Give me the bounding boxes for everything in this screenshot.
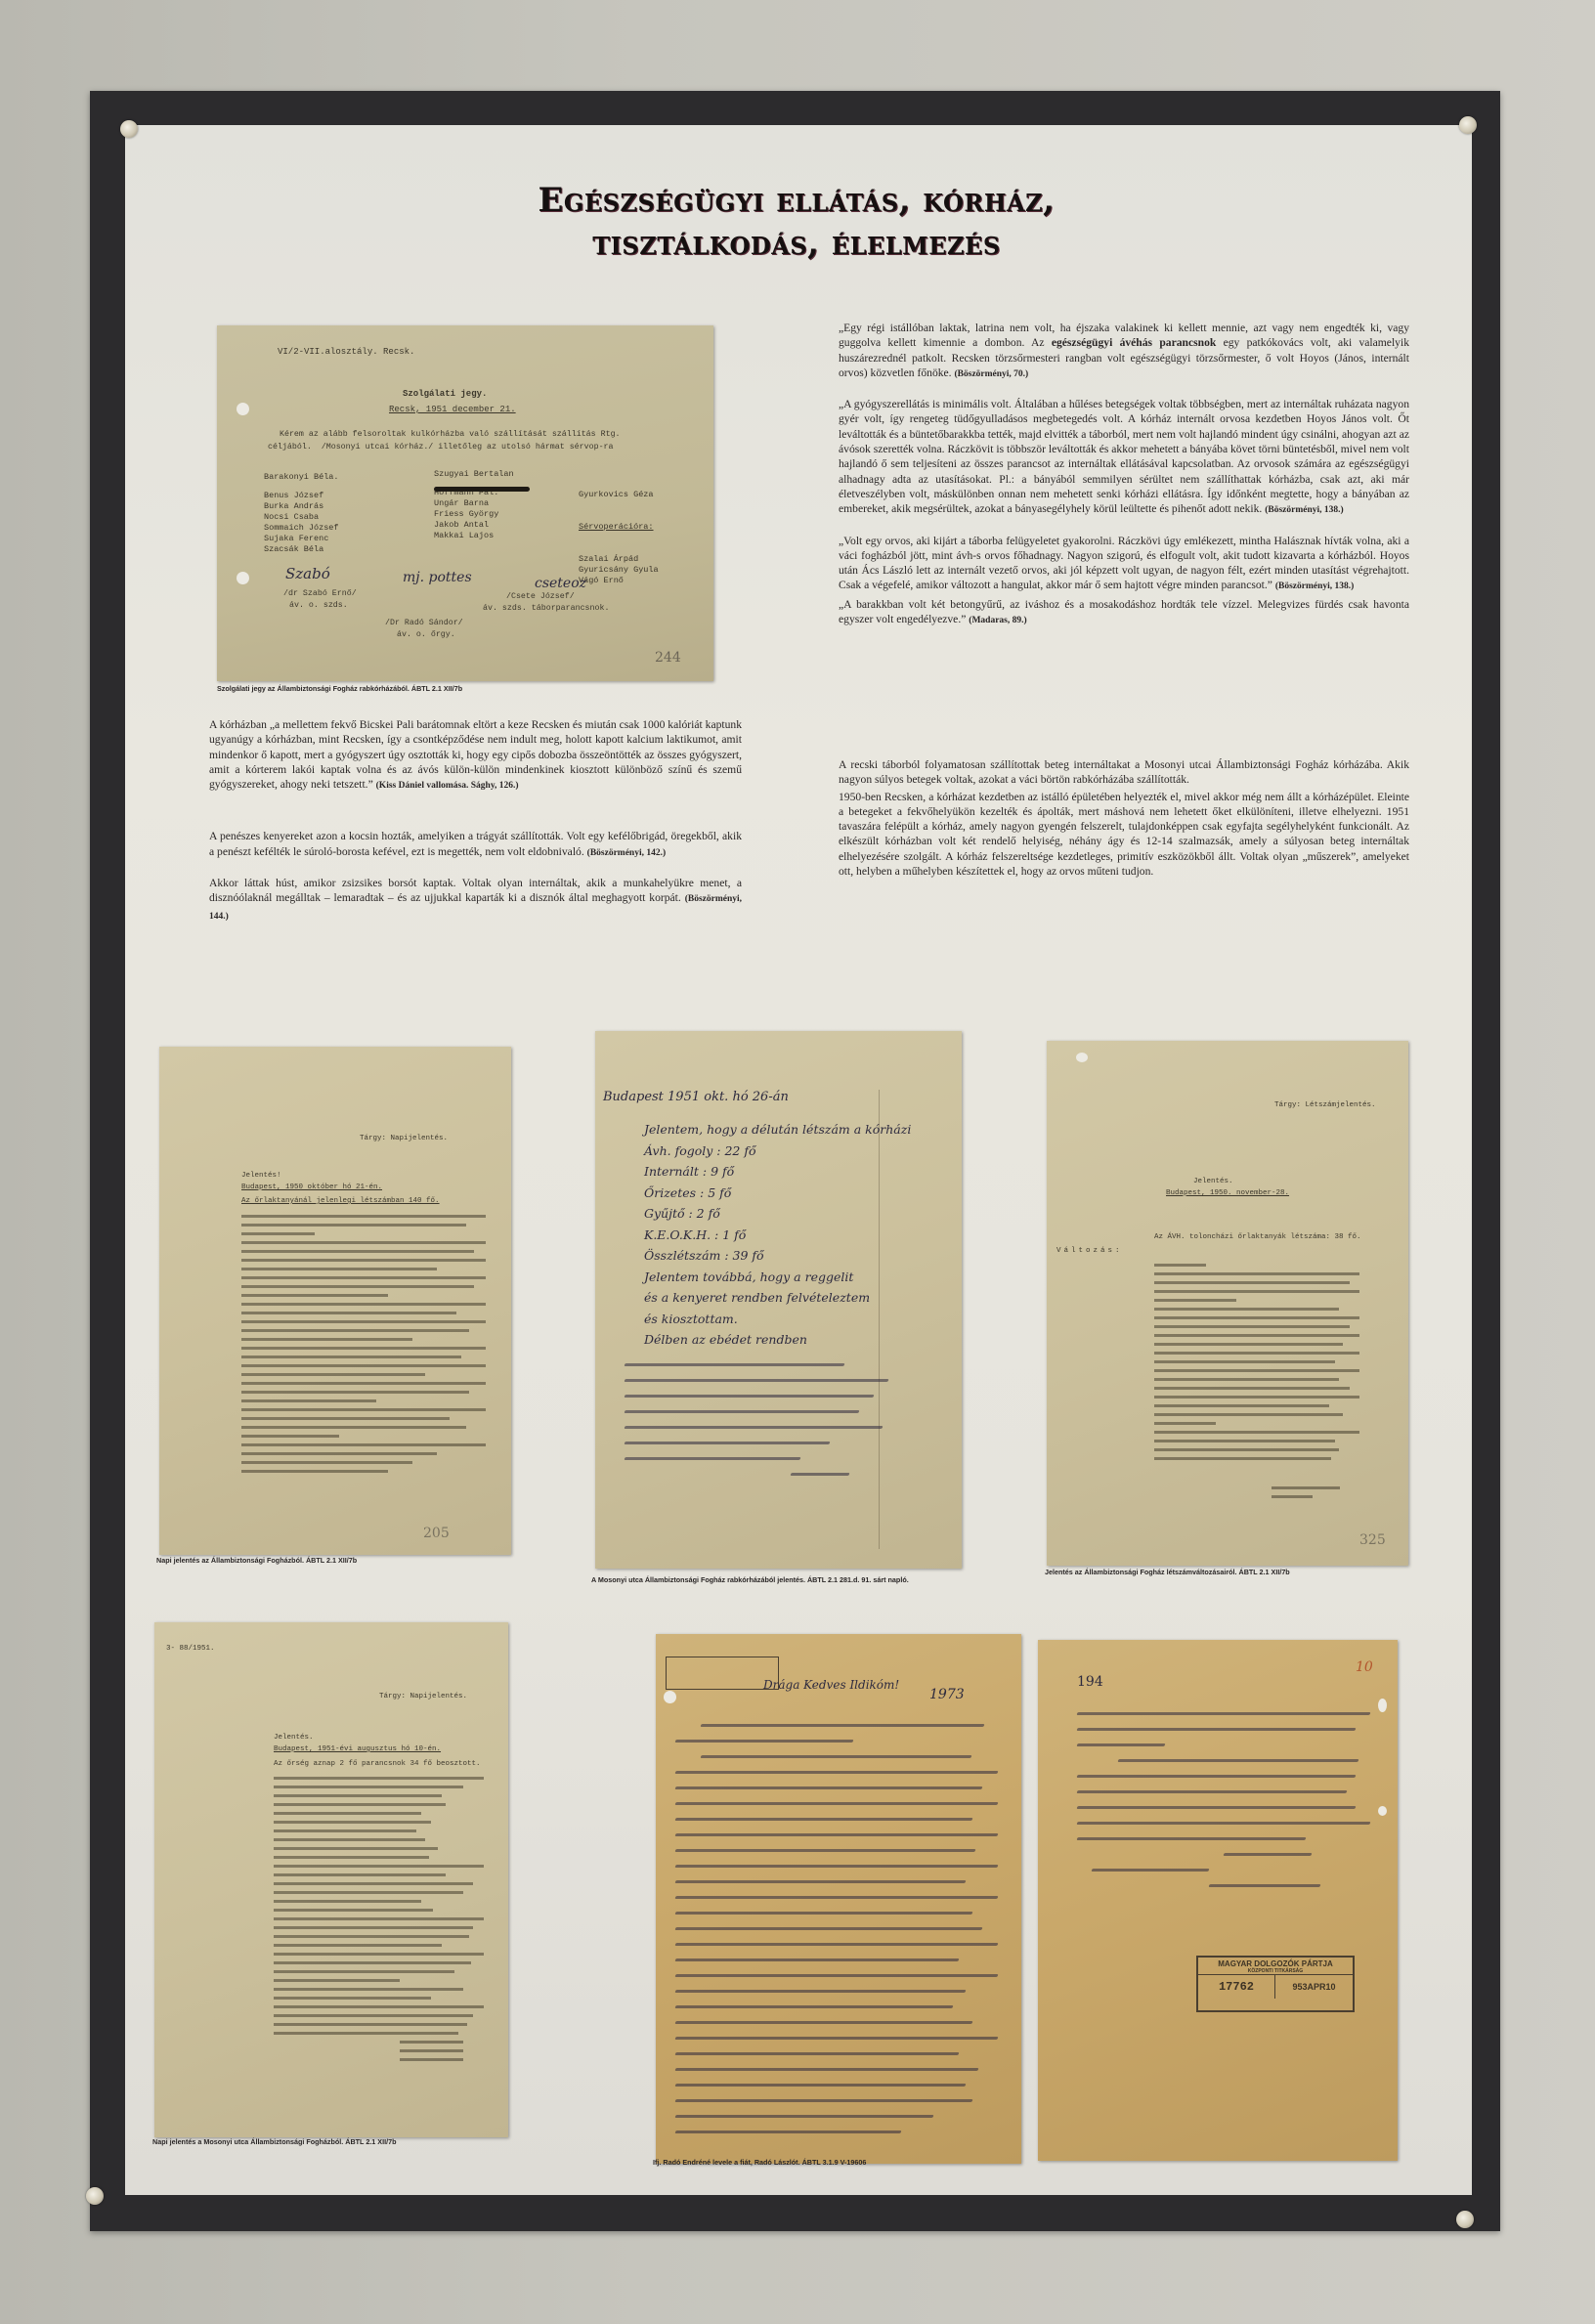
daily-report-document: Tárgy: Napijelentés. Jelentés! Budapest,… [159, 1047, 511, 1555]
signatory-3-rank: áv. o. őrgy. [397, 630, 455, 639]
list-item: Őrizetes : 5 fő [644, 1183, 911, 1204]
handwritten-letter-page-2: 194 10 MAGYAR DOLGOZÓK PÁRTJA KÖZPONTI T… [1038, 1640, 1398, 2161]
mounting-screw [1459, 116, 1477, 134]
headcount-report-document: Tárgy: Létszámjelentés. Jelentés. Budape… [1047, 1041, 1408, 1566]
quote-paragraph: „Volt egy orvos, aki kijárt a táborba fe… [839, 534, 1409, 595]
list-item: Burka András [264, 501, 339, 512]
punch-hole [1378, 1806, 1387, 1816]
punch-hole [664, 1691, 676, 1703]
punch-hole [1076, 1053, 1088, 1062]
quote-paragraph: Akkor láttak húst, amikor zsizsikes bors… [209, 876, 742, 925]
doc-date: Budapest 1951 okt. hó 26-án [603, 1090, 789, 1104]
typed-text [1154, 1264, 1359, 1466]
quote-paragraph: A kórházban „a mellettem fekvő Bicskei P… [209, 717, 742, 794]
list-item: és kiosztottam. [644, 1309, 911, 1330]
doc-subject: Szolgálati jegy. [403, 389, 487, 399]
signatory-3: /Dr Radó Sándor/ [385, 619, 463, 627]
doc-subject: Tárgy: Létszámjelentés. [1274, 1101, 1376, 1109]
list-item: Friess György [434, 509, 514, 520]
redaction-bar [434, 487, 530, 492]
registry-stamp [666, 1657, 779, 1690]
list-item: Internált : 9 fő [644, 1161, 911, 1183]
typed-text [241, 1215, 486, 1479]
list-item: Szugyai Bertalan [434, 469, 514, 480]
list-item: Sommaich József [264, 523, 339, 534]
patient-list-col-2: Szugyai BertalanHoffmann Pál.Ungár Barna… [434, 469, 514, 541]
list-item: Vágó Ernő [579, 576, 659, 586]
document-caption: Napi jelentés az Állambiztonsági Fogházb… [156, 1556, 357, 1565]
list-item: Jelentem, hogy a délután létszám a kórhá… [644, 1119, 911, 1140]
list-item: Makkai Lajos [434, 531, 514, 541]
doc-subject: Tárgy: Napijelentés. [360, 1135, 448, 1142]
daily-report-document-2: 3- 88/1951. Tárgy: Napijelentés. Jelenté… [154, 1622, 508, 2137]
letter-greeting: Drága Kedves Ildikóm! [763, 1678, 899, 1692]
doc-label: Változás: [1056, 1247, 1123, 1255]
list-item: K.E.O.K.H. : 1 fő [644, 1225, 911, 1246]
stamp-number: 17762 [1198, 1975, 1275, 1999]
handwritten-report-document: Budapest 1951 okt. hó 26-án Jelentem, ho… [595, 1031, 962, 1569]
page-number: 325 [1359, 1532, 1386, 1548]
document-caption: Ifj. Radó Endréné levele a fiát, Radó Lá… [653, 2158, 866, 2167]
list-item: Jakob Antal [434, 520, 514, 531]
handwritten-text [675, 1724, 998, 2146]
doc-number: 1973 [929, 1687, 965, 1702]
doc-number: 10 [1356, 1659, 1373, 1675]
list-item: és a kenyeret rendben felvételeztem [644, 1287, 911, 1309]
punch-hole [1378, 1699, 1387, 1712]
punch-hole [237, 403, 249, 415]
doc-subject: Tárgy: Napijelentés. [379, 1693, 467, 1700]
mounting-screw [86, 2187, 104, 2205]
doc-date: Budapest, 1951-évi augusztus hó 10-én. [274, 1745, 441, 1753]
stamp-organization: MAGYAR DOLGOZÓK PÁRTJA [1198, 1958, 1353, 1968]
signatory-1: /dr Szabó Ernő/ [283, 589, 357, 598]
list-item: Szacsák Béla [264, 544, 339, 555]
list-item: Barakonyi Béla. [264, 472, 339, 483]
hernia-list: Gyurkovics Géza Sérvoperációra: Szalai Á… [579, 468, 659, 608]
page-number: 244 [655, 650, 681, 666]
signature-block [1272, 1486, 1340, 1504]
list-item: Nocsi Csaba [264, 512, 339, 523]
quote-paragraph: A penészes kenyereket azon a kocsin hozt… [209, 829, 742, 861]
right-text-column: „Egy régi istállóban laktak, latrina nem… [839, 321, 1409, 643]
list-item: Benus József [264, 491, 339, 501]
narrative-text: A recski táborból folyamatosan szállítot… [839, 757, 1409, 881]
handwritten-text-continued [625, 1363, 918, 1488]
list-item: Jelentem továbbá, hogy a reggelit [644, 1267, 911, 1288]
list-item: Szalai Árpád [579, 554, 659, 565]
doc-body: céljából. /Mosonyi utcai kórház./ illető… [268, 443, 614, 452]
doc-body: Az ÁVH. toloncházi őrlaktanyák létszáma:… [1154, 1233, 1361, 1241]
stamp-date: 953APR10 [1275, 1975, 1353, 1999]
signature: mj. pottes [403, 570, 472, 585]
doc-heading: Jelentés! [241, 1172, 281, 1180]
punch-hole [237, 572, 249, 584]
doc-heading: Jelentés. [274, 1734, 314, 1742]
mounting-screw [1456, 2211, 1474, 2228]
left-text-column: A kórházban „a mellettem fekvő Bicskei P… [209, 717, 742, 939]
party-registry-stamp: MAGYAR DOLGOZÓK PÁRTJA KÖZPONTI TITKÁRSÁ… [1196, 1956, 1355, 2012]
signature: cseteoz [535, 576, 586, 591]
title-line-2: tisztálkodás, élelmezés [332, 222, 1261, 265]
signature: Szabó [285, 565, 330, 582]
page-number: 205 [423, 1526, 450, 1541]
patient-list-col-1: Barakonyi Béla.Benus JózsefBurka AndrásN… [264, 472, 339, 555]
title-line-1: Egészségügyi ellátás, kórház, [332, 179, 1261, 222]
list-item: Összlétszám : 39 fő [644, 1245, 911, 1267]
doc-heading: Jelentés. [1193, 1178, 1233, 1185]
doc-reference: 3- 88/1951. [166, 1645, 215, 1653]
document-caption: A Mosonyi utca Állambiztonsági Fogház ra… [591, 1575, 909, 1584]
service-note-document: VI/2-VII.alosztály. Recsk. Szolgálati je… [217, 325, 713, 681]
signatory-2-rank: áv. szds. táborparancsnok. [483, 604, 609, 613]
document-caption: Jelentés az Állambiztonsági Fogház létsz… [1045, 1568, 1290, 1576]
list-item: Gyűjtő : 2 fő [644, 1203, 911, 1225]
doc-body: Az őrség aznap 2 fő parancsnok 34 fő beo… [274, 1760, 481, 1768]
quote-paragraph: „Egy régi istállóban laktak, latrina nem… [839, 321, 1409, 382]
col3-header: Gyurkovics Géza [579, 490, 659, 500]
mounting-screw [120, 120, 138, 138]
list-item: Ávh. fogoly : 22 fő [644, 1140, 911, 1162]
doc-date: Budapest, 1950. november-28. [1166, 1189, 1289, 1197]
document-caption: Napi jelentés a Mosonyi utca Állambizton… [152, 2137, 396, 2146]
list-item: Gyuricsány Gyula [579, 565, 659, 576]
doc-header: VI/2-VII.alosztály. Recsk. [278, 347, 414, 357]
signatory-2: /Csete József/ [506, 592, 575, 601]
narrative-paragraph: A recski táborból folyamatosan szállítot… [839, 757, 1409, 788]
document-caption: Szolgálati jegy az Állambiztonsági Foghá… [217, 684, 462, 693]
list-item: Délben az ebédet rendben [644, 1329, 911, 1351]
typed-text [274, 1777, 484, 2067]
col3-names: Szalai ÁrpádGyuricsány GyulaVágó Ernő [579, 554, 659, 586]
handwritten-letter-document: Drága Kedves Ildikóm! 1973 [656, 1634, 1021, 2164]
signatory-1-rank: áv. o. szds. [289, 601, 348, 610]
page-number: 194 [1077, 1674, 1103, 1690]
poster-title: Egészségügyi ellátás, kórház, tisztálkod… [332, 179, 1261, 265]
col3-subheader: Sérvoperációra: [579, 522, 659, 533]
doc-body: Kérem az alább felsoroltak kulkórházba v… [280, 430, 621, 439]
list-item: Sujaka Ferenc [264, 534, 339, 544]
doc-date: Budapest, 1950 október hó 21-én. [241, 1184, 382, 1191]
quote-paragraph: „A barakkban volt két betongyűrű, az ivá… [839, 597, 1409, 629]
quote-paragraph: „A gyógyszerellátás is minimális volt. Á… [839, 397, 1409, 518]
handwritten-text [1077, 1712, 1370, 1900]
doc-date: Recsk, 1951 december 21. [389, 405, 516, 414]
doc-subheading: Az őrlaktanyánál jelenlegi létszámban 14… [241, 1197, 440, 1205]
narrative-paragraph: 1950-ben Recsken, a kórházat kezdetben a… [839, 790, 1409, 880]
handwritten-text: Jelentem, hogy a délután létszám a kórhá… [644, 1119, 911, 1351]
list-item: Ungár Barna [434, 498, 514, 509]
